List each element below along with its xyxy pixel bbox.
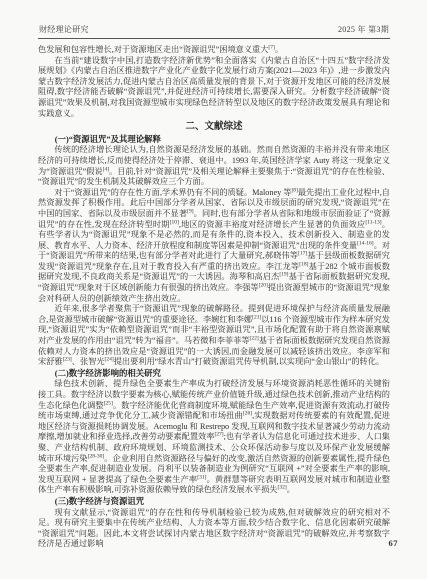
citation-ref: [19] xyxy=(279,272,288,278)
paragraph: 对于“资源诅咒”的存在性方面,学术界仍有不同的质疑。Maloney 等[8]最先… xyxy=(38,188,390,305)
citation-ref: [4] xyxy=(103,166,109,172)
paragraph: 现有文献显示,“资源诅咒”的存在性和传导机制检验已较为成熟,但对破解效应的研究相… xyxy=(38,508,390,550)
paragraph: 在当前“建设数字中国,打造数字经济新优势”和全面落实《内蒙古自治区“十四五”数字… xyxy=(38,56,390,120)
citation-ref: [22] xyxy=(250,335,259,341)
citation-ref: [32] xyxy=(278,485,287,491)
paragraph: 绿色技术创新、提升绿色全要素生产率成为打破经济发展与环境资源消耗恶性循环的关键衔… xyxy=(38,379,390,496)
citation-ref: [14-16] xyxy=(357,240,374,246)
running-head: 财经理论研究 2025 年 第3期 xyxy=(38,24,390,39)
citation-ref: [18] xyxy=(299,261,308,267)
subsection-heading: (一)“资源诅咒”及其理论解释 xyxy=(38,135,390,146)
citation-ref: [8] xyxy=(291,187,297,193)
citation-ref: [21] xyxy=(252,314,261,320)
journal-title: 财经理论研究 xyxy=(39,24,89,35)
citation-ref: [27] xyxy=(214,432,223,438)
citation-ref: [9] xyxy=(187,208,193,214)
subsection-heading: (三)数字经济与资源诅咒 xyxy=(38,497,390,508)
paper-page: 财经理论研究 2025 年 第3期 色发展和包容性增长,对于资源地区走出“资源诅… xyxy=(0,0,427,579)
issue-info: 2025 年 第3期 xyxy=(338,24,389,35)
page-number: 67 xyxy=(389,538,399,548)
citation-ref: [10] xyxy=(170,219,179,225)
citation-ref: [26] xyxy=(243,410,252,416)
subsection-heading: (二)数字经济影响的相关研究 xyxy=(38,369,390,380)
document-body: 色发展和包容性增长,对于资源地区走出“资源诅咒”困境意义重大[7]。在当前“建设… xyxy=(38,45,390,550)
section-heading: 二、文献综述 xyxy=(38,122,390,133)
citation-ref: [24] xyxy=(105,356,114,362)
citation-ref: [28-30] xyxy=(88,453,105,459)
citation-ref: [7] xyxy=(268,44,274,50)
citation-ref: [23] xyxy=(63,356,72,362)
paragraph: 传统的经济增长理论认为,自然资源是经济发展的基础。然而自然资源的丰裕并没有带来地… xyxy=(38,145,390,187)
citation-ref: [11-13] xyxy=(365,219,381,225)
citation-ref: [17] xyxy=(298,251,307,257)
citation-ref: [25] xyxy=(104,400,113,406)
paragraph: 色发展和包容性增长,对于资源地区走出“资源诅咒”困境意义重大[7]。 xyxy=(38,45,390,56)
citation-ref: [20] xyxy=(259,282,268,288)
citation-ref: [31] xyxy=(197,474,206,480)
paragraph: 近年来,很多学者聚焦于“资源诅咒”现象的破解路径。提到促进环境保护与经济高质量发… xyxy=(38,304,390,368)
